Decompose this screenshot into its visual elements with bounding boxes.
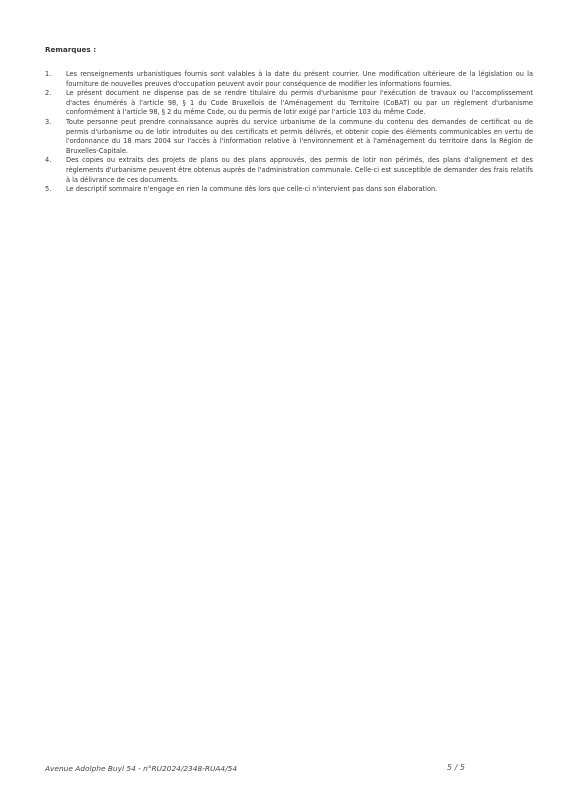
remark-text: Des copies ou extraits des projets de pl… bbox=[66, 156, 533, 185]
remark-item: 1. Les renseignements urbanistiques four… bbox=[45, 70, 533, 89]
remark-text: Les renseignements urbanistiques fournis… bbox=[66, 70, 533, 89]
remark-number: 2. bbox=[45, 89, 51, 99]
remarks-list: 1. Les renseignements urbanistiques four… bbox=[45, 70, 533, 195]
remark-item: 2. Le présent document ne dispense pas d… bbox=[45, 89, 533, 118]
remark-item: 3. Toute personne peut prendre connaissa… bbox=[45, 118, 533, 156]
remark-number: 1. bbox=[45, 70, 51, 80]
remark-number: 5. bbox=[45, 185, 51, 195]
remark-text: Le présent document ne dispense pas de s… bbox=[66, 89, 533, 118]
remarks-heading: Remarques : bbox=[45, 45, 96, 54]
remark-item: 5. Le descriptif sommaire n'engage en ri… bbox=[45, 185, 533, 195]
document-page: Remarques : 1. Les renseignements urbani… bbox=[0, 0, 565, 800]
remark-item: 4. Des copies ou extraits des projets de… bbox=[45, 156, 533, 185]
remark-number: 3. bbox=[45, 118, 51, 128]
remark-text: Toute personne peut prendre connaissance… bbox=[66, 118, 533, 156]
remark-text: Le descriptif sommaire n'engage en rien … bbox=[66, 185, 533, 195]
footer-reference: Avenue Adolphe Buyl 54 - n°RU2024/2348-R… bbox=[45, 764, 237, 773]
page-number: 5 / 5 bbox=[447, 763, 465, 772]
remark-number: 4. bbox=[45, 156, 51, 166]
